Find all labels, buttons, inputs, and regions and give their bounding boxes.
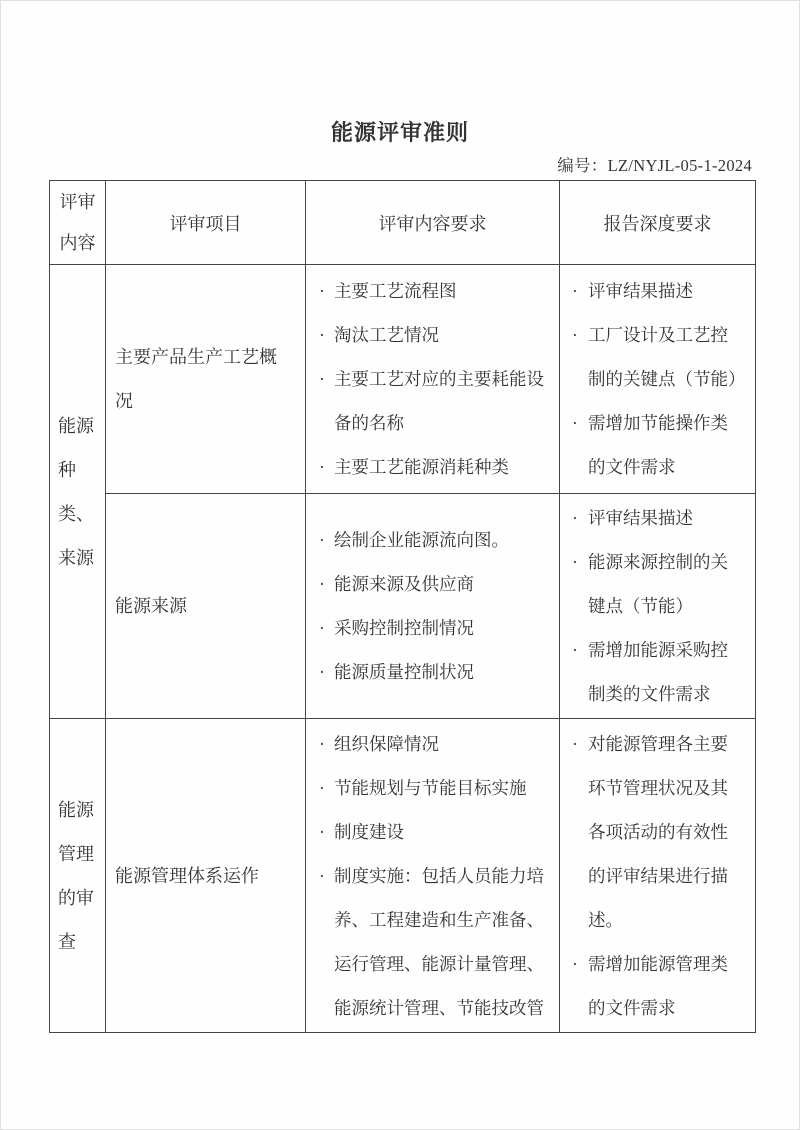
bullet-line: 主要工艺对应的主要耗能设 bbox=[334, 357, 556, 401]
bullet-line: 养、工程建造和生产准备、 bbox=[334, 898, 556, 942]
bullet-item: · 工厂设计及工艺控 制的关键点（节能） bbox=[570, 313, 752, 401]
bullet-item: · 需增加节能操作类 的文件需求 bbox=[570, 401, 752, 489]
header-line: 内容 bbox=[50, 223, 105, 264]
document-page: 能源评审准则 编号：LZ/NYJL-05-1-2024 评审 内容 评审项目 评… bbox=[0, 0, 800, 1130]
bullet-line: 运行管理、能源计量管理、 bbox=[334, 942, 556, 986]
content-requirements-cell: · 主要工艺流程图 · 淘汰工艺情况 · 主要工艺对应的主要耗能设 备的名称 ·… bbox=[306, 265, 560, 494]
table-row-energy-sources: 能源来源 · 绘制企业能源流向图。 · 能源来源及供应商 · 采购控制控制情况 … bbox=[50, 494, 756, 719]
item-cell-production-process: 主要产品生产工艺概 况 bbox=[106, 265, 306, 494]
bullet-item: · 需增加能源管理类 的文件需求 bbox=[570, 942, 752, 1030]
bullet-dot-icon: · bbox=[572, 313, 578, 357]
bullet-dot-icon: · bbox=[319, 562, 325, 606]
bullet-line: 采购控制控制情况 bbox=[334, 606, 556, 650]
bullet-item: · 主要工艺流程图 bbox=[317, 269, 556, 313]
bullet-line: 制类的文件需求 bbox=[588, 672, 752, 716]
bullet-item: · 能源来源控制的关 键点（节能） bbox=[570, 540, 752, 628]
bullet-item: · 主要工艺能源消耗种类 bbox=[317, 445, 556, 489]
item-line: 能源管理体系运作 bbox=[115, 854, 305, 898]
bullet-line: 对能源管理各主要 bbox=[588, 722, 752, 766]
bullet-item: · 组织保障情况 bbox=[317, 722, 556, 766]
bullet-dot-icon: · bbox=[572, 496, 578, 540]
bullet-item: · 需增加能源采购控 制类的文件需求 bbox=[570, 628, 752, 716]
item-cell-energy-sources: 能源来源 bbox=[106, 494, 306, 719]
bullet-dot-icon: · bbox=[319, 606, 325, 650]
bullet-dot-icon: · bbox=[319, 269, 325, 313]
bullet-line: 能源统计管理、节能技改管 bbox=[334, 986, 556, 1030]
bullet-dot-icon: · bbox=[572, 401, 578, 445]
bullet-line: 需增加节能操作类 bbox=[588, 401, 752, 445]
bullet-dot-icon: · bbox=[572, 628, 578, 672]
table-row-process-overview: 能源 种 类、 来源 主要产品生产工艺概 况 · 主要工艺流程图 · 淘汰工艺情… bbox=[50, 265, 756, 494]
category-line: 的审 bbox=[58, 876, 105, 920]
header-content-requirements: 评审内容要求 bbox=[306, 181, 560, 265]
bullet-line: 节能规划与节能目标实施 bbox=[334, 766, 556, 810]
report-depth-cell: · 对能源管理各主要 环节管理状况及其 各项活动的有效性 的评审结果进行描 述。… bbox=[560, 719, 756, 1033]
item-line: 况 bbox=[115, 379, 305, 423]
report-depth-cell: · 评审结果描述 · 能源来源控制的关 键点（节能） · 需增加能源采购控 制类… bbox=[560, 494, 756, 719]
bullet-dot-icon: · bbox=[572, 269, 578, 313]
category-line: 来源 bbox=[58, 536, 105, 580]
report-depth-cell: · 评审结果描述 · 工厂设计及工艺控 制的关键点（节能） · 需增加节能操作类… bbox=[560, 265, 756, 494]
table-header-row: 评审 内容 评审项目 评审内容要求 报告深度要求 bbox=[50, 181, 756, 265]
bullet-dot-icon: · bbox=[572, 942, 578, 986]
bullet-line: 的文件需求 bbox=[588, 445, 752, 489]
item-line: 主要产品生产工艺概 bbox=[115, 335, 305, 379]
item-line: 能源来源 bbox=[115, 584, 305, 628]
bullet-line: 组织保障情况 bbox=[334, 722, 556, 766]
category-line: 查 bbox=[58, 920, 105, 964]
bullet-item: · 能源来源及供应商 bbox=[317, 562, 556, 606]
category-line: 能源 bbox=[58, 788, 105, 832]
bullet-line: 绘制企业能源流向图。 bbox=[334, 518, 556, 562]
bullet-line: 需增加能源管理类 bbox=[588, 942, 752, 986]
header-report-depth: 报告深度要求 bbox=[560, 181, 756, 265]
bullet-item: · 主要工艺对应的主要耗能设 备的名称 bbox=[317, 357, 556, 445]
bullet-dot-icon: · bbox=[319, 722, 325, 766]
bullet-item: · 对能源管理各主要 环节管理状况及其 各项活动的有效性 的评审结果进行描 述。 bbox=[570, 722, 752, 942]
review-criteria-table: 评审 内容 评审项目 评审内容要求 报告深度要求 能源 种 类、 来源 主要产品… bbox=[49, 180, 756, 1033]
bullet-line: 的评审结果进行描 bbox=[588, 854, 752, 898]
bullet-line: 述。 bbox=[588, 898, 752, 942]
bullet-dot-icon: · bbox=[319, 357, 325, 401]
category-line: 能源 bbox=[58, 404, 105, 448]
bullet-item: · 评审结果描述 bbox=[570, 269, 752, 313]
bullet-line: 能源来源控制的关 bbox=[588, 540, 752, 584]
bullet-dot-icon: · bbox=[319, 445, 325, 489]
bullet-dot-icon: · bbox=[572, 540, 578, 584]
bullet-line: 制度实施：包括人员能力培 bbox=[334, 854, 556, 898]
bullet-line: 制的关键点（节能） bbox=[588, 357, 752, 401]
bullet-line: 制度建设 bbox=[334, 810, 556, 854]
bullet-line: 各项活动的有效性 bbox=[588, 810, 752, 854]
bullet-dot-icon: · bbox=[319, 766, 325, 810]
page-title: 能源评审准则 bbox=[0, 116, 800, 147]
content-requirements-cell: · 绘制企业能源流向图。 · 能源来源及供应商 · 采购控制控制情况 · 能源质… bbox=[306, 494, 560, 719]
bullet-dot-icon: · bbox=[319, 313, 325, 357]
bullet-item: · 绘制企业能源流向图。 bbox=[317, 518, 556, 562]
header-line: 评审 bbox=[50, 182, 105, 223]
header-review-item: 评审项目 bbox=[106, 181, 306, 265]
bullet-dot-icon: · bbox=[319, 518, 325, 562]
bullet-item: · 节能规划与节能目标实施 bbox=[317, 766, 556, 810]
bullet-item: · 制度实施：包括人员能力培 养、工程建造和生产准备、 运行管理、能源计量管理、… bbox=[317, 854, 556, 1030]
category-line: 类、 bbox=[58, 492, 105, 536]
category-cell-energy-types-sources: 能源 种 类、 来源 bbox=[50, 265, 106, 719]
category-line: 种 bbox=[58, 448, 105, 492]
bullet-line: 需增加能源采购控 bbox=[588, 628, 752, 672]
bullet-line: 评审结果描述 bbox=[588, 269, 752, 313]
bullet-line: 能源来源及供应商 bbox=[334, 562, 556, 606]
bullet-line: 能源质量控制状况 bbox=[334, 650, 556, 694]
bullet-dot-icon: · bbox=[572, 722, 578, 766]
header-review-content: 评审 内容 bbox=[50, 181, 106, 265]
bullet-line: 淘汰工艺情况 bbox=[334, 313, 556, 357]
bullet-dot-icon: · bbox=[319, 854, 325, 898]
bullet-line: 的文件需求 bbox=[588, 986, 752, 1030]
bullet-item: · 能源质量控制状况 bbox=[317, 650, 556, 694]
bullet-dot-icon: · bbox=[319, 810, 325, 854]
bullet-item: · 制度建设 bbox=[317, 810, 556, 854]
bullet-item: · 采购控制控制情况 bbox=[317, 606, 556, 650]
bullet-item: · 评审结果描述 bbox=[570, 496, 752, 540]
bullet-dot-icon: · bbox=[319, 650, 325, 694]
category-line: 管理 bbox=[58, 832, 105, 876]
table-row-energy-management: 能源 管理 的审 查 能源管理体系运作 · 组织保障情况 · 节能规划与节能目标… bbox=[50, 719, 756, 1033]
item-cell-management-system: 能源管理体系运作 bbox=[106, 719, 306, 1033]
bullet-line: 主要工艺能源消耗种类 bbox=[334, 445, 556, 489]
doc-number: 编号：LZ/NYJL-05-1-2024 bbox=[557, 152, 752, 176]
bullet-item: · 淘汰工艺情况 bbox=[317, 313, 556, 357]
bullet-line: 键点（节能） bbox=[588, 584, 752, 628]
content-requirements-cell: · 组织保障情况 · 节能规划与节能目标实施 · 制度建设 · 制度实施：包括人… bbox=[306, 719, 560, 1033]
bullet-line: 环节管理状况及其 bbox=[588, 766, 752, 810]
bullet-line: 主要工艺流程图 bbox=[334, 269, 556, 313]
bullet-line: 备的名称 bbox=[334, 401, 556, 445]
bullet-line: 工厂设计及工艺控 bbox=[588, 313, 752, 357]
category-cell-energy-management-review: 能源 管理 的审 查 bbox=[50, 719, 106, 1033]
bullet-line: 评审结果描述 bbox=[588, 496, 752, 540]
